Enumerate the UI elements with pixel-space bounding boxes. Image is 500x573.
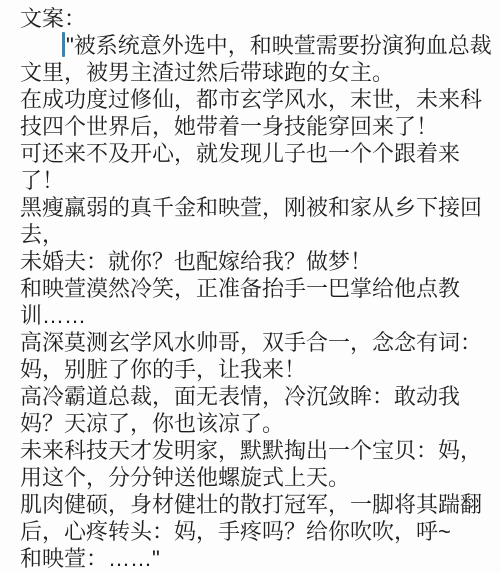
- text-line: 可还来不及开心，就发现儿子也一个个跟着来: [20, 140, 486, 167]
- text-line: 肌肉健硕，身材健壮的散打冠军，一脚将其踹翻: [20, 491, 486, 518]
- text-line: 高冷霸道总裁，面无表情，冷沉敛眸：敢动我: [20, 383, 486, 410]
- text-line: 高深莫测玄学风水帅哥，双手合一，念念有词：: [20, 329, 486, 356]
- line-text: "被系统意外选中，和映萱需要扮演狗血总裁: [66, 33, 492, 58]
- text-line: 未来科技天才发明家，默默掏出一个宝贝：妈，: [20, 437, 486, 464]
- text-line: 和映萱漠然冷笑，正准备抬手一巴掌给他点教: [20, 275, 486, 302]
- text-line: 训……: [20, 302, 486, 329]
- document-page: 文案： "被系统意外选中，和映萱需要扮演狗血总裁 文里，被男主渣过然后带球跑的女…: [0, 0, 500, 573]
- text-line: 妈？天凉了，你也该凉了。: [20, 410, 486, 437]
- text-line: 技四个世界后，她带着一身技能穿回来了！: [20, 113, 486, 140]
- text-line: 未婚夫：就你？也配嫁给我？做梦！: [20, 248, 486, 275]
- text-line: 黑瘦羸弱的真千金和映萱，刚被和家从乡下接回: [20, 194, 486, 221]
- section-heading: 文案：: [20, 5, 486, 32]
- text-line: 在成功度过修仙，都市玄学风水，末世，未来科: [20, 86, 486, 113]
- text-line: 妈，别脏了你的手，让我来！: [20, 356, 486, 383]
- text-line: 去，: [20, 221, 486, 248]
- text-line: 了！: [20, 167, 486, 194]
- text-line: "被系统意外选中，和映萱需要扮演狗血总裁: [20, 32, 486, 59]
- text-line: 和映萱：……": [20, 545, 486, 572]
- text-cursor: [62, 32, 65, 57]
- text-line: 用这个，分分钟送他螺旋式上天。: [20, 464, 486, 491]
- text-line: 后，心疼转头：妈，手疼吗？给你吹吹，呼~: [20, 518, 486, 545]
- text-line: 文里，被男主渣过然后带球跑的女主。: [20, 59, 486, 86]
